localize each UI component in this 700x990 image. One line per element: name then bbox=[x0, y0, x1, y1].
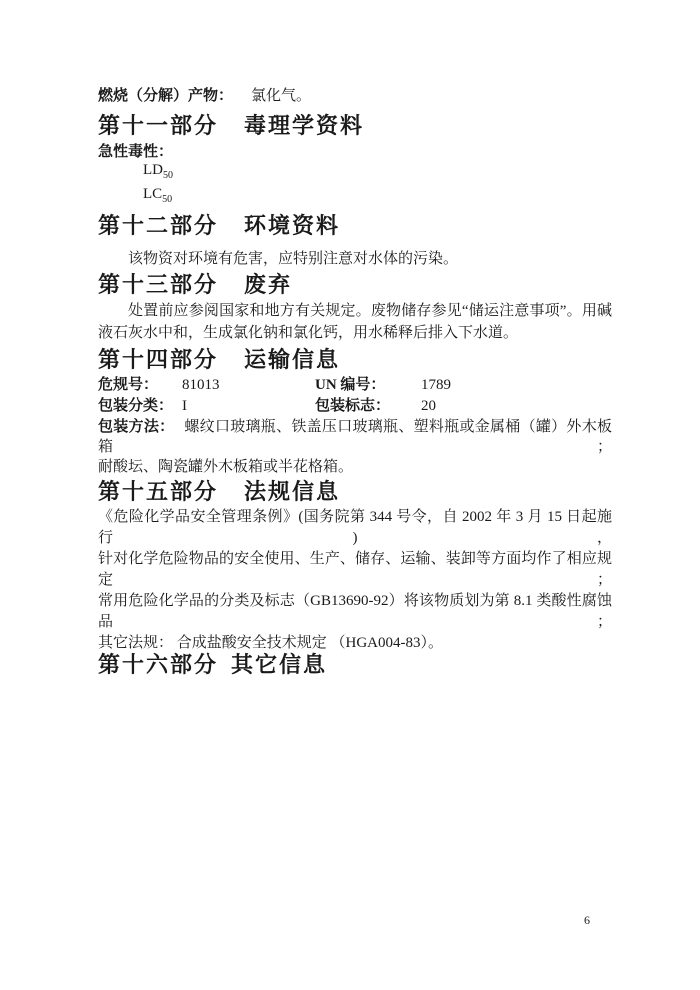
environment-paragraph: 该物资对环境有危害，应特别注意对水体的污染。 bbox=[98, 248, 612, 270]
ld50-base: LD bbox=[143, 162, 163, 178]
regulation-line-1: 《危险化学品安全管理条例》(国务院第 344 号令，自 2002 年 3 月 1… bbox=[98, 507, 612, 549]
section-12-heading: 第十二部分环境资料 bbox=[98, 211, 612, 241]
section-11-heading: 第十一部分毒理学资料 bbox=[98, 111, 612, 141]
packing-method-line-1: 包装方法：螺纹口玻璃瓶、铁盖压口玻璃瓶、塑料瓶或金属桶（罐）外木板箱； bbox=[98, 417, 612, 457]
section-14-number: 第十四部分 bbox=[98, 347, 218, 372]
combustion-products-line: 燃烧（分解）产物：氯化气。 bbox=[98, 86, 612, 106]
transport-row-2: 包装分类： I 包装标志： 20 bbox=[98, 396, 612, 417]
packing-class-value: I bbox=[182, 396, 315, 417]
section-16-number: 第十六部分 bbox=[98, 652, 218, 677]
packing-mark-label: 包装标志： bbox=[315, 396, 421, 417]
regulation-line-2: 针对化学危险物品的安全使用、生产、储存、运输、装卸等方面均作了相应规定； bbox=[98, 549, 612, 591]
section-15-number: 第十五部分 bbox=[98, 479, 218, 504]
section-12-number: 第十二部分 bbox=[98, 213, 218, 238]
lc50-subscript: 50 bbox=[162, 194, 172, 205]
ld50-subscript: 50 bbox=[163, 170, 173, 181]
combustion-products-value: 氯化气。 bbox=[251, 88, 311, 104]
document-content: 燃烧（分解）产物：氯化气。 第十一部分毒理学资料 急性毒性： LD50 LC50… bbox=[0, 0, 700, 680]
un-number-value: 1789 bbox=[421, 375, 612, 396]
section-16-title: 其它信息 bbox=[231, 652, 327, 677]
lc50-line: LC50 bbox=[98, 185, 612, 209]
page-number: 6 bbox=[584, 912, 590, 928]
section-13-number: 第十三部分 bbox=[98, 272, 218, 297]
regulation-line-3: 常用危险化学品的分类及标志（GB13690-92）将该物质划为第 8.1 类酸性… bbox=[98, 591, 612, 633]
section-11-number: 第十一部分 bbox=[98, 113, 218, 138]
un-number-label: UN 编号： bbox=[315, 375, 421, 396]
section-14-heading: 第十四部分运输信息 bbox=[98, 345, 612, 375]
transport-row-1: 危规号： 81013 UN 编号： 1789 bbox=[98, 375, 612, 396]
dg-number-value: 81013 bbox=[182, 375, 315, 396]
section-15-title: 法规信息 bbox=[244, 479, 340, 504]
disposal-paragraph-line-2: 液石灰水中和，生成氯化钠和氯化钙，用水稀释后排入下水道。 bbox=[98, 322, 612, 344]
document-page: 燃烧（分解）产物：氯化气。 第十一部分毒理学资料 急性毒性： LD50 LC50… bbox=[0, 0, 700, 990]
packing-method-line-2: 耐酸坛、陶瓷罐外木板箱或半花格箱。 bbox=[98, 457, 612, 477]
section-11-title: 毒理学资料 bbox=[244, 113, 364, 138]
section-15-heading: 第十五部分法规信息 bbox=[98, 477, 612, 507]
section-16-heading: 第十六部分其它信息 bbox=[98, 650, 612, 680]
section-13-title: 废弃 bbox=[244, 272, 292, 297]
disposal-paragraph-line-1: 处置前应参阅国家和地方有关规定。废物储存参见“储运注意事项”。用碱 bbox=[98, 300, 612, 322]
ld50-line: LD50 bbox=[98, 161, 612, 185]
packing-method-text: 螺纹口玻璃瓶、铁盖压口玻璃瓶、塑料瓶或金属桶（罐）外木板箱； bbox=[98, 419, 612, 455]
section-13-heading: 第十三部分废弃 bbox=[98, 270, 612, 300]
lc50-base: LC bbox=[143, 186, 162, 202]
packing-class-label: 包装分类： bbox=[98, 396, 182, 417]
section-14-title: 运输信息 bbox=[244, 347, 340, 372]
combustion-products-label: 燃烧（分解）产物： bbox=[98, 88, 233, 104]
packing-method-label: 包装方法： bbox=[98, 419, 174, 435]
acute-toxicity-label: 急性毒性： bbox=[98, 143, 612, 161]
dg-number-label: 危规号： bbox=[98, 375, 182, 396]
section-12-title: 环境资料 bbox=[244, 213, 340, 238]
packing-mark-value: 20 bbox=[421, 396, 612, 417]
